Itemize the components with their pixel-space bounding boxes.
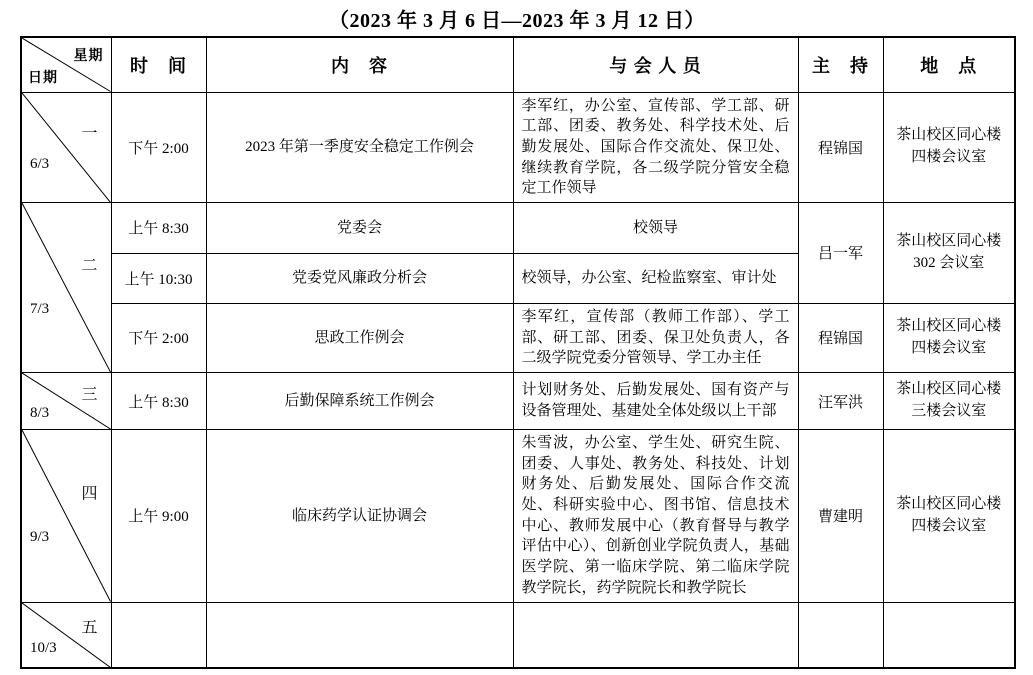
weekday-label: 一	[81, 120, 97, 143]
row-wednesday: 三 8/3 上午 8:30 后勤保障系统工作例会 计划财务处、后勤发展处、国有资…	[21, 373, 1015, 430]
content-cell: 党委党风廉政分析会	[206, 253, 513, 303]
header-week-date-cell: 星期 日期	[21, 37, 111, 92]
host-cell: 程锦国	[798, 92, 883, 202]
row-friday: 五 10/3	[21, 602, 1015, 668]
row-tuesday-3: 下午 2:00 思政工作例会 李军红，宣传部（教师工作部）、学工部、研工部、团委…	[21, 303, 1015, 372]
host-cell	[798, 602, 883, 668]
time-cell: 上午 9:00	[111, 430, 206, 603]
location-cell	[883, 602, 1015, 668]
content-cell: 党委会	[206, 202, 513, 253]
time-cell: 上午 10:30	[111, 253, 206, 303]
location-cell: 茶山校区同心楼三楼会议室	[883, 373, 1015, 430]
attendees-cell: 李军红，宣传部（教师工作部）、学工部、研工部、团委、保卫处负责人，各二级学院党委…	[513, 303, 798, 372]
header-week-label: 星期	[74, 45, 104, 65]
header-host: 主 持	[798, 37, 883, 92]
diagonal-line	[22, 203, 111, 372]
time-cell	[111, 602, 206, 668]
schedule-table: 星期 日期 时 间 内 容 与 会 人 员 主 持 地 点 一 6/3 下午 2…	[20, 36, 1016, 669]
header-date-label: 日期	[28, 67, 58, 87]
host-cell: 吕一军	[798, 202, 883, 303]
attendees-cell: 李军红，办公室、宣传部、学工部、研工部、团委、教务处、科学技术处、后勤发展处、国…	[513, 92, 798, 202]
content-cell: 临床药学认证协调会	[206, 430, 513, 603]
content-cell: 2023 年第一季度安全稳定工作例会	[206, 92, 513, 202]
attendees-cell: 校领导	[513, 202, 798, 253]
header-attendees: 与 会 人 员	[513, 37, 798, 92]
day-cell-wednesday: 三 8/3	[21, 373, 111, 430]
attendees-cell: 校领导，办公室、纪检监察室、审计处	[513, 253, 798, 303]
attendees-cell: 朱雪波，办公室、学生处、研究生院、团委、人事处、教务处、科技处、计划财务处、后勤…	[513, 430, 798, 603]
location-cell: 茶山校区同心楼四楼会议室	[883, 92, 1015, 202]
date-label: 6/3	[30, 156, 49, 173]
header-row: 星期 日期 时 间 内 容 与 会 人 员 主 持 地 点	[21, 37, 1015, 92]
time-cell: 下午 2:00	[111, 92, 206, 202]
weekday-label: 二	[81, 252, 97, 275]
row-monday: 一 6/3 下午 2:00 2023 年第一季度安全稳定工作例会 李军红，办公室…	[21, 92, 1015, 202]
host-cell: 程锦国	[798, 303, 883, 372]
page-title: （2023 年 3 月 6 日—2023 年 3 月 12 日）	[20, 0, 1014, 36]
header-content: 内 容	[206, 37, 513, 92]
day-cell-tuesday: 二 7/3	[21, 202, 111, 372]
day-cell-friday: 五 10/3	[21, 602, 111, 668]
location-cell: 茶山校区同心楼四楼会议室	[883, 430, 1015, 603]
row-tuesday-1: 二 7/3 上午 8:30 党委会 校领导 吕一军 茶山校区同心楼 302 会议…	[21, 202, 1015, 253]
date-label: 7/3	[30, 301, 49, 318]
header-time: 时 间	[111, 37, 206, 92]
host-cell: 曹建明	[798, 430, 883, 603]
row-thursday: 四 9/3 上午 9:00 临床药学认证协调会 朱雪波，办公室、学生处、研究生院…	[21, 430, 1015, 603]
day-cell-monday: 一 6/3	[21, 92, 111, 202]
weekday-label: 四	[81, 480, 97, 503]
attendees-cell: 计划财务处、后勤发展处、国有资产与设备管理处、基建处全体处级以上干部	[513, 373, 798, 430]
weekday-label: 三	[81, 382, 97, 405]
header-location: 地 点	[883, 37, 1015, 92]
date-label: 9/3	[30, 529, 49, 546]
time-cell: 上午 8:30	[111, 202, 206, 253]
time-cell: 下午 2:00	[111, 303, 206, 372]
location-cell: 茶山校区同心楼 302 会议室	[883, 202, 1015, 303]
day-cell-thursday: 四 9/3	[21, 430, 111, 603]
time-cell: 上午 8:30	[111, 373, 206, 430]
content-cell	[206, 602, 513, 668]
attendees-cell	[513, 602, 798, 668]
diagonal-line	[22, 430, 111, 602]
content-cell: 思政工作例会	[206, 303, 513, 372]
date-label: 8/3	[30, 405, 49, 422]
content-cell: 后勤保障系统工作例会	[206, 373, 513, 430]
location-cell: 茶山校区同心楼四楼会议室	[883, 303, 1015, 372]
host-cell: 汪军洪	[798, 373, 883, 430]
date-label: 10/3	[30, 640, 57, 657]
weekday-label: 五	[81, 614, 97, 637]
diagonal-line	[22, 93, 111, 202]
